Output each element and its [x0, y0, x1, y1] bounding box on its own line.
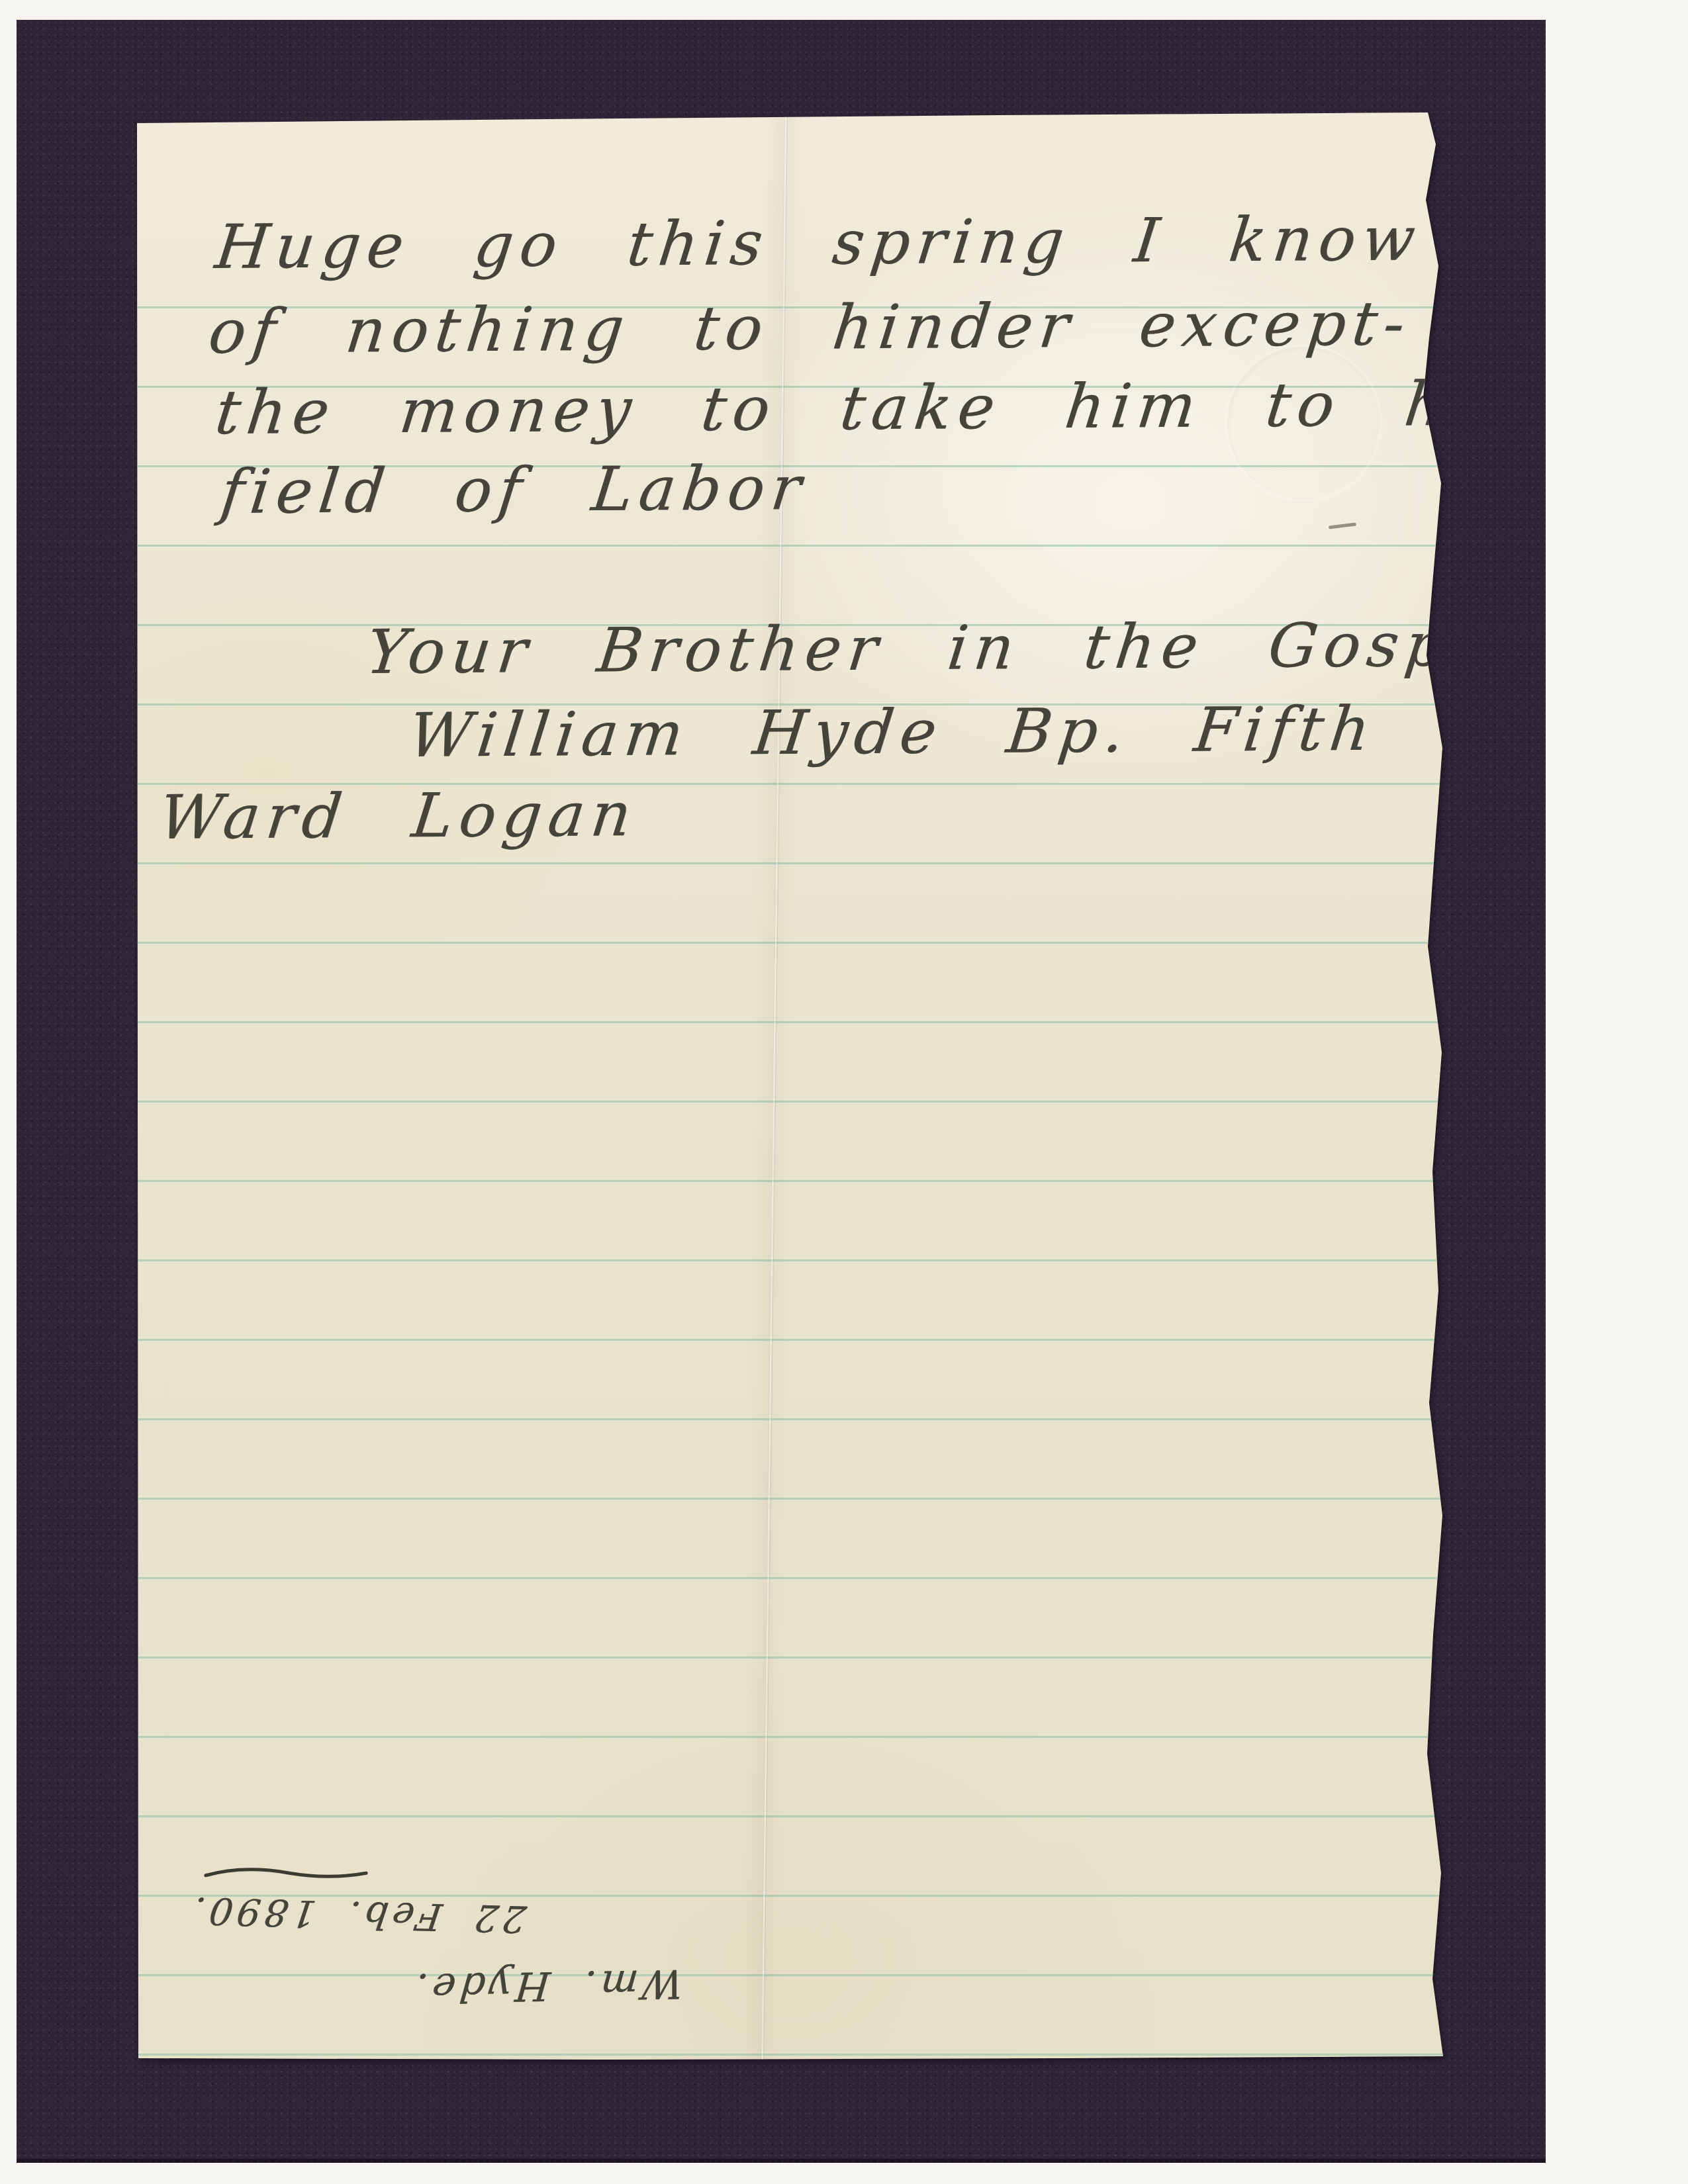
scan-page: Huge go this spring I know of nothing to… — [0, 0, 1688, 2184]
letter-paper: Huge go this spring I know of nothing to… — [137, 113, 1444, 2060]
closing-line-1: Your Brother in the Gosp — [363, 610, 1444, 688]
handwriting-line-4: field of Labor — [217, 453, 812, 527]
docket-name: Wm. Hyde. — [410, 1960, 685, 2011]
letter-paper-wrapper: Huge go this spring I know of nothing to… — [137, 113, 1444, 2060]
handwriting-line-1: Huge go this spring I know — [212, 203, 1425, 283]
closing-line-3: Ward Logan — [156, 779, 641, 853]
handwriting-line-3: the money to take him to his — [212, 368, 1444, 448]
closing-line-2: William Hyde Bp. Fifth — [405, 694, 1380, 771]
handwriting-line-2: of nothing to hinder except- — [205, 288, 1415, 367]
docket-date: 22 Feb. 1890. — [187, 1888, 529, 1940]
